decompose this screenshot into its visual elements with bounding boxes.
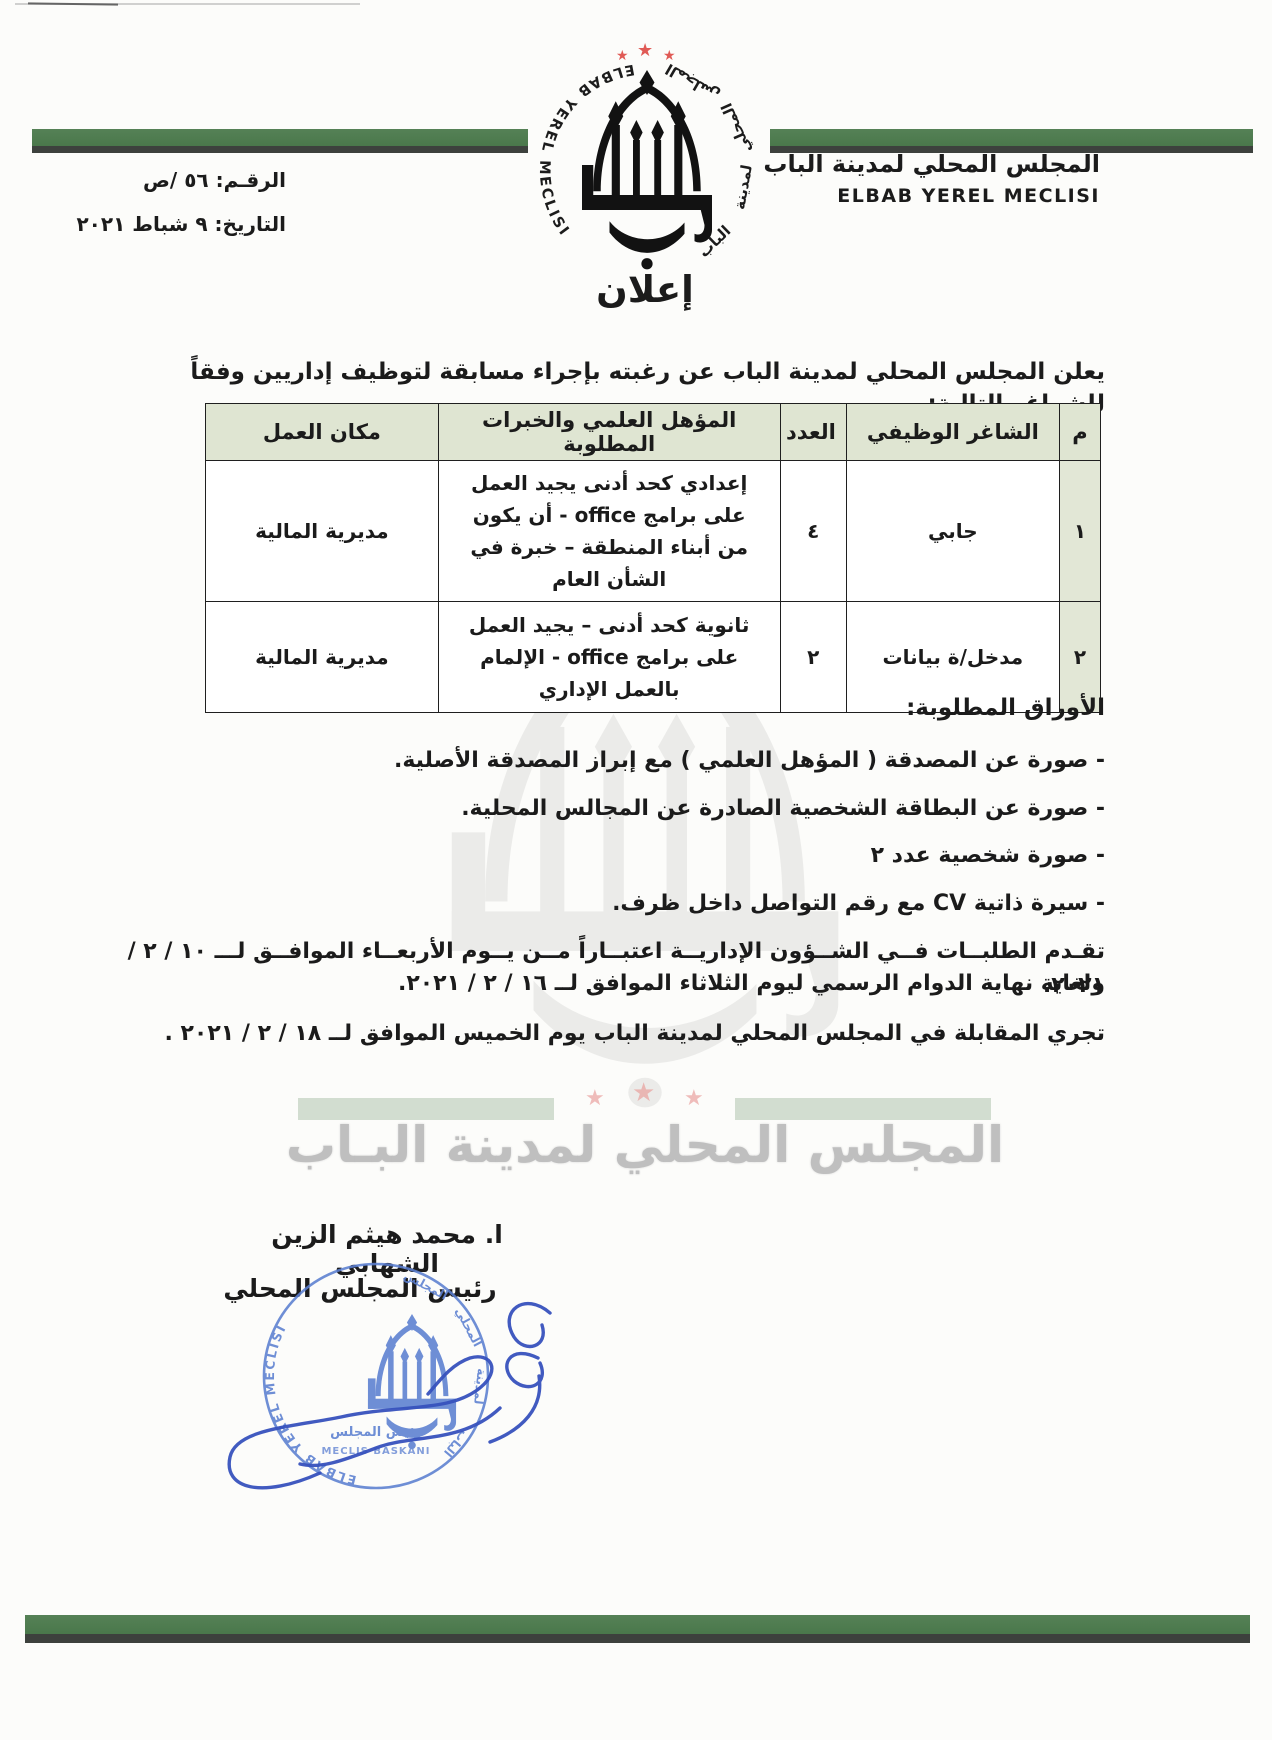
col-header-no: م [1059,404,1100,461]
vacancies-table: م الشاغر الوظيفي العدد المؤهل العلمي وال… [205,403,1101,713]
col-header-qualification: المؤهل العلمي والخبرات المطلوبة [438,404,780,461]
ref-number: الرقـم: ٥٦ /ص [60,168,286,192]
ref-date-block: الرقـم: ٥٦ /ص التاريخ: ٩ شباط ٢٠٢١ [60,168,286,236]
org-header-block: المجلس المحلي لمدينة الباب ELBAB YEREL M… [670,150,1100,207]
col-header-count: العدد [780,404,846,461]
watermark-band-right [735,1098,991,1120]
interview-date-line: تجري المقابلة في المجلس المحلي لمدينة ال… [164,1021,1105,1046]
cell-location: مديرية المالية [206,602,439,713]
col-header-location: مكان العمل [206,404,439,461]
star-icon: ★ [632,1078,655,1108]
star-icon: ★ [585,1086,605,1111]
cell-count: ٤ [780,461,846,602]
org-name-latin: ELBAB YEREL MECLISI [670,185,1100,207]
logo-ring-arabic-word: المحلي [717,100,755,156]
scanned-document-page: ★ ★ ★ المجلس المحلي لمدينة البـاب ★ ★ ★ … [0,0,1272,1740]
watermark-band-left [298,1098,554,1120]
cell-qualification: إعدادي كحد أدنى يجيد العمل على برامج off… [438,461,780,602]
handwritten-signature [170,1258,630,1493]
cell-count: ٢ [780,602,846,713]
col-header-vacancy: الشاغر الوظيفي [846,404,1059,461]
cell-no: ١ [1059,461,1100,602]
header-band-left [32,129,528,153]
org-name-arabic: المجلس المحلي لمدينة الباب [670,150,1100,178]
document-title: إعلان [345,268,945,311]
star-icon: ★ [684,1086,704,1111]
documents-section-title: الأوراق المطلوبة: [906,695,1105,721]
scan-artifact-mark [28,2,118,5]
document-item: - صورة عن المصدقة ( المؤهل العلمي ) مع إ… [394,748,1105,773]
document-item: - سيرة ذاتية CV مع رقم التواصل داخل ظرف. [612,891,1105,916]
cell-qualification: ثانوية كحد أدنى – يجيد العمل على برامج o… [438,602,780,713]
table-header-row: م الشاغر الوظيفي العدد المؤهل العلمي وال… [206,404,1101,461]
application-period-line2: ولغاية نهاية الدوام الرسمي ليوم الثلاثاء… [398,971,1105,996]
logo-ring-arabic-word: الباب [695,222,735,261]
doc-date: التاريخ: ٩ شباط ٢٠٢١ [60,212,286,236]
footer-band [25,1615,1250,1643]
document-item: - صورة شخصية عدد ٢ [871,843,1105,868]
document-item: - صورة عن البطاقة الشخصية الصادرة عن الم… [461,796,1105,821]
logo-ring-arabic-word: المجلس [662,60,722,105]
logo-ring-latin-text: ELBAB YEREL MECLISI [536,61,636,240]
cell-location: مديرية المالية [206,461,439,602]
watermark-text: المجلس المحلي لمدينة البـاب [225,1116,1065,1174]
cell-vacancy: جابي [846,461,1059,602]
table-row: ١ جابي ٤ إعدادي كحد أدنى يجيد العمل على … [206,461,1101,602]
